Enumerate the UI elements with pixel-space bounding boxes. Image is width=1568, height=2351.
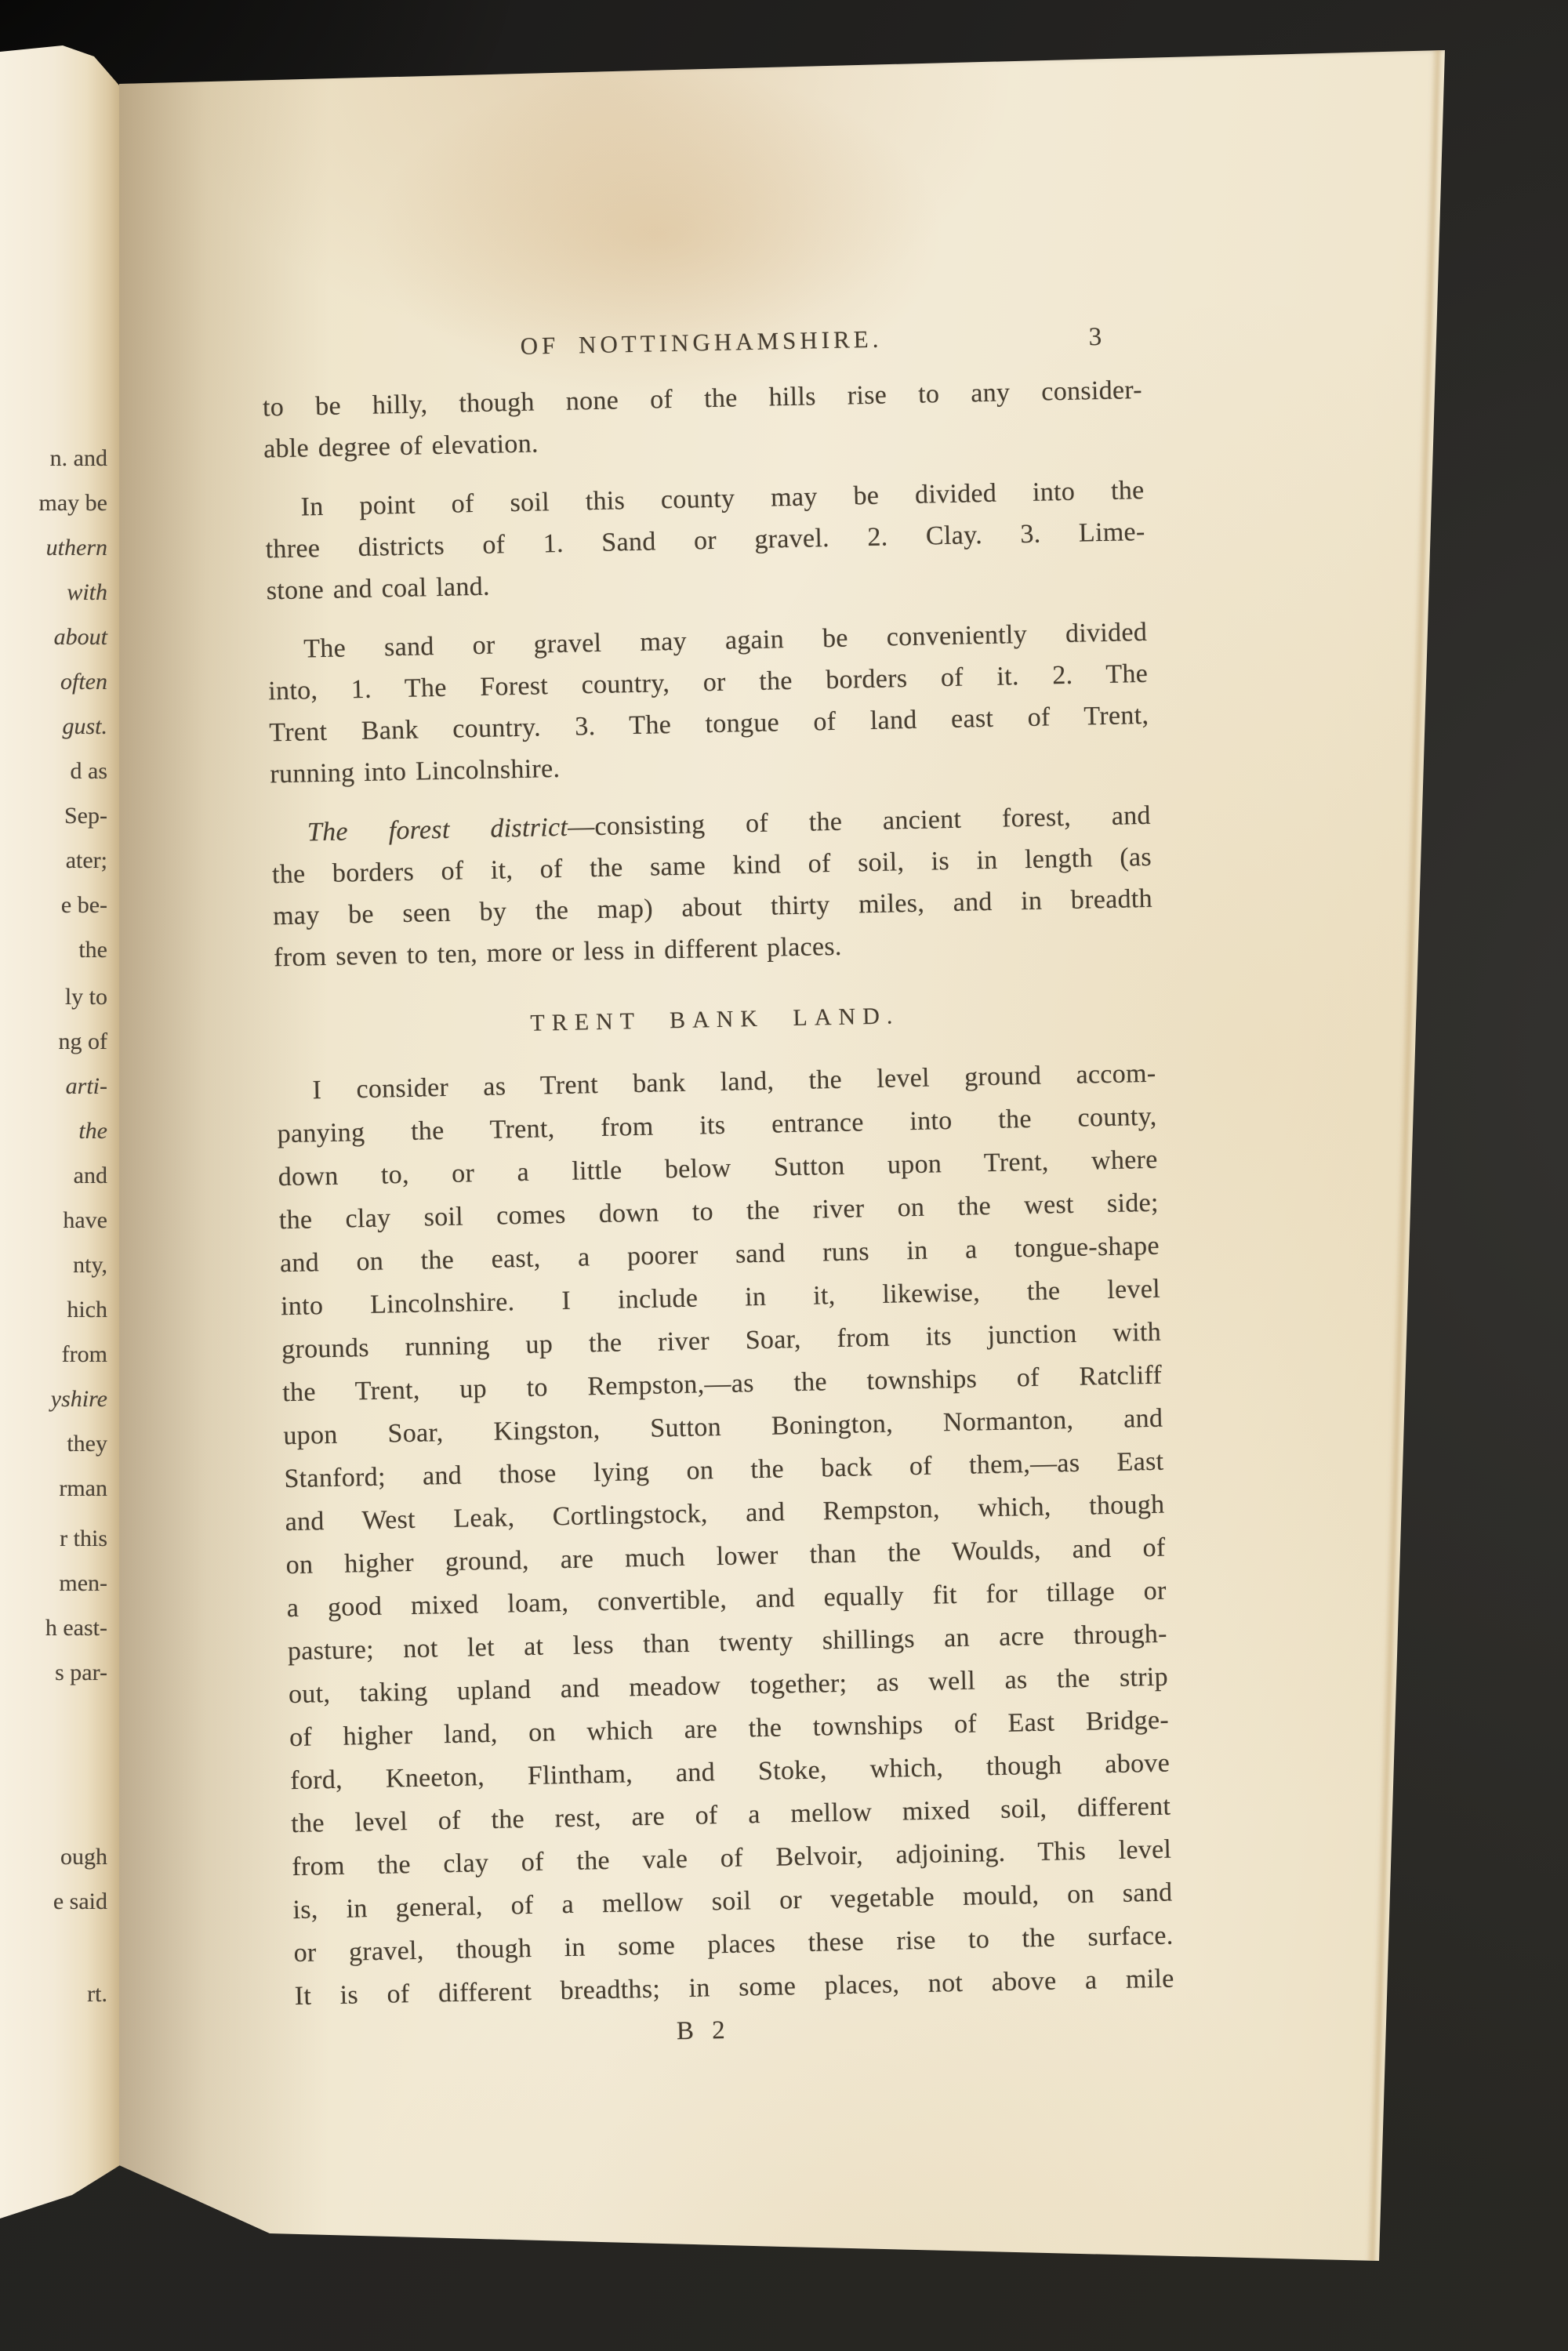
facing-page-text-fragment: yshire: [51, 1383, 107, 1416]
facing-page-text-fragment: e said: [53, 1885, 107, 1918]
facing-page-text-fragment: they: [67, 1428, 107, 1460]
facing-page-text-fragment: may be: [39, 487, 107, 520]
facing-page-text-fragment: arti-: [66, 1070, 107, 1103]
paragraph: to be hilly, though none of the hills ri…: [263, 369, 1144, 470]
section-heading: TRENT BANK LAND.: [275, 994, 1156, 1047]
facing-page-text-fragment: uthern: [46, 532, 107, 564]
page-body: to be hilly, though none of the hills ri…: [263, 369, 1175, 2018]
facing-page-text-fragment: Sep-: [64, 800, 107, 833]
facing-page-text-fragment: h east-: [45, 1612, 107, 1645]
facing-page-text-fragment: hich: [67, 1293, 107, 1326]
facing-page-text-fragment: often: [60, 666, 107, 698]
facing-page-text-fragment: s par-: [55, 1656, 107, 1689]
book-page: OF NOTTINGHAMSHIRE. 3 to be hilly, thoug…: [0, 0, 1568, 2351]
facing-page-text-fragment: n. and: [50, 442, 107, 475]
facing-page-text-fragment: ough: [60, 1841, 107, 1874]
paragraph: In point of soil this county may be divi…: [264, 470, 1146, 611]
facing-page-text-fragment: ng of: [59, 1025, 108, 1058]
facing-page-text-fragment: the: [78, 1115, 107, 1148]
paragraph: The sand or gravel may again be convenie…: [267, 611, 1150, 795]
running-title: OF NOTTINGHAMSHIRE.: [261, 303, 1142, 372]
page-right-edge: [1366, 47, 1440, 2269]
page-top-edge: [118, 41, 1454, 79]
paragraph: The forest district—consisting of the an…: [270, 795, 1153, 978]
facing-page-text-fragment: about: [54, 621, 107, 654]
facing-page-text-fragment: the: [78, 934, 107, 967]
facing-page-text-fragment: ater;: [66, 844, 107, 877]
facing-page: n. andmay beuthernwithaboutoftengust.d a…: [0, 45, 120, 2221]
facing-page-text-fragment: ly to: [65, 981, 107, 1014]
facing-page-text-fragment: have: [63, 1204, 107, 1237]
text-segment: —consisting of the ancient forest, and: [568, 801, 1151, 842]
facing-page-text-fragment: rman: [59, 1472, 107, 1505]
facing-page-text-fragment: e be-: [61, 889, 107, 922]
facing-page-text-fragment: d as: [71, 755, 108, 788]
page-number: 3: [1088, 317, 1102, 358]
facing-page-text-fragment: with: [67, 576, 107, 609]
printed-text: OF NOTTINGHAMSHIRE. 3 to be hilly, thoug…: [261, 303, 1175, 2059]
facing-page-text-fragment: r this: [60, 1522, 107, 1555]
facing-page-text-fragment: and: [74, 1159, 107, 1192]
book-scan: n. andmay beuthernwithaboutoftengust.d a…: [0, 0, 1568, 2351]
facing-page-text-fragment: rt.: [87, 1978, 107, 2011]
facing-page-text-fragment: nty,: [73, 1249, 107, 1282]
facing-page-text-fragment: gust.: [62, 710, 107, 743]
facing-page-text-fragment: from: [62, 1338, 107, 1371]
facing-page-text-fragment: men-: [59, 1567, 107, 1600]
italic-phrase: The forest district: [307, 813, 568, 847]
paragraph: I consider as Trent bank land, the level…: [276, 1052, 1174, 2018]
running-header: OF NOTTINGHAMSHIRE. 3: [261, 303, 1142, 361]
